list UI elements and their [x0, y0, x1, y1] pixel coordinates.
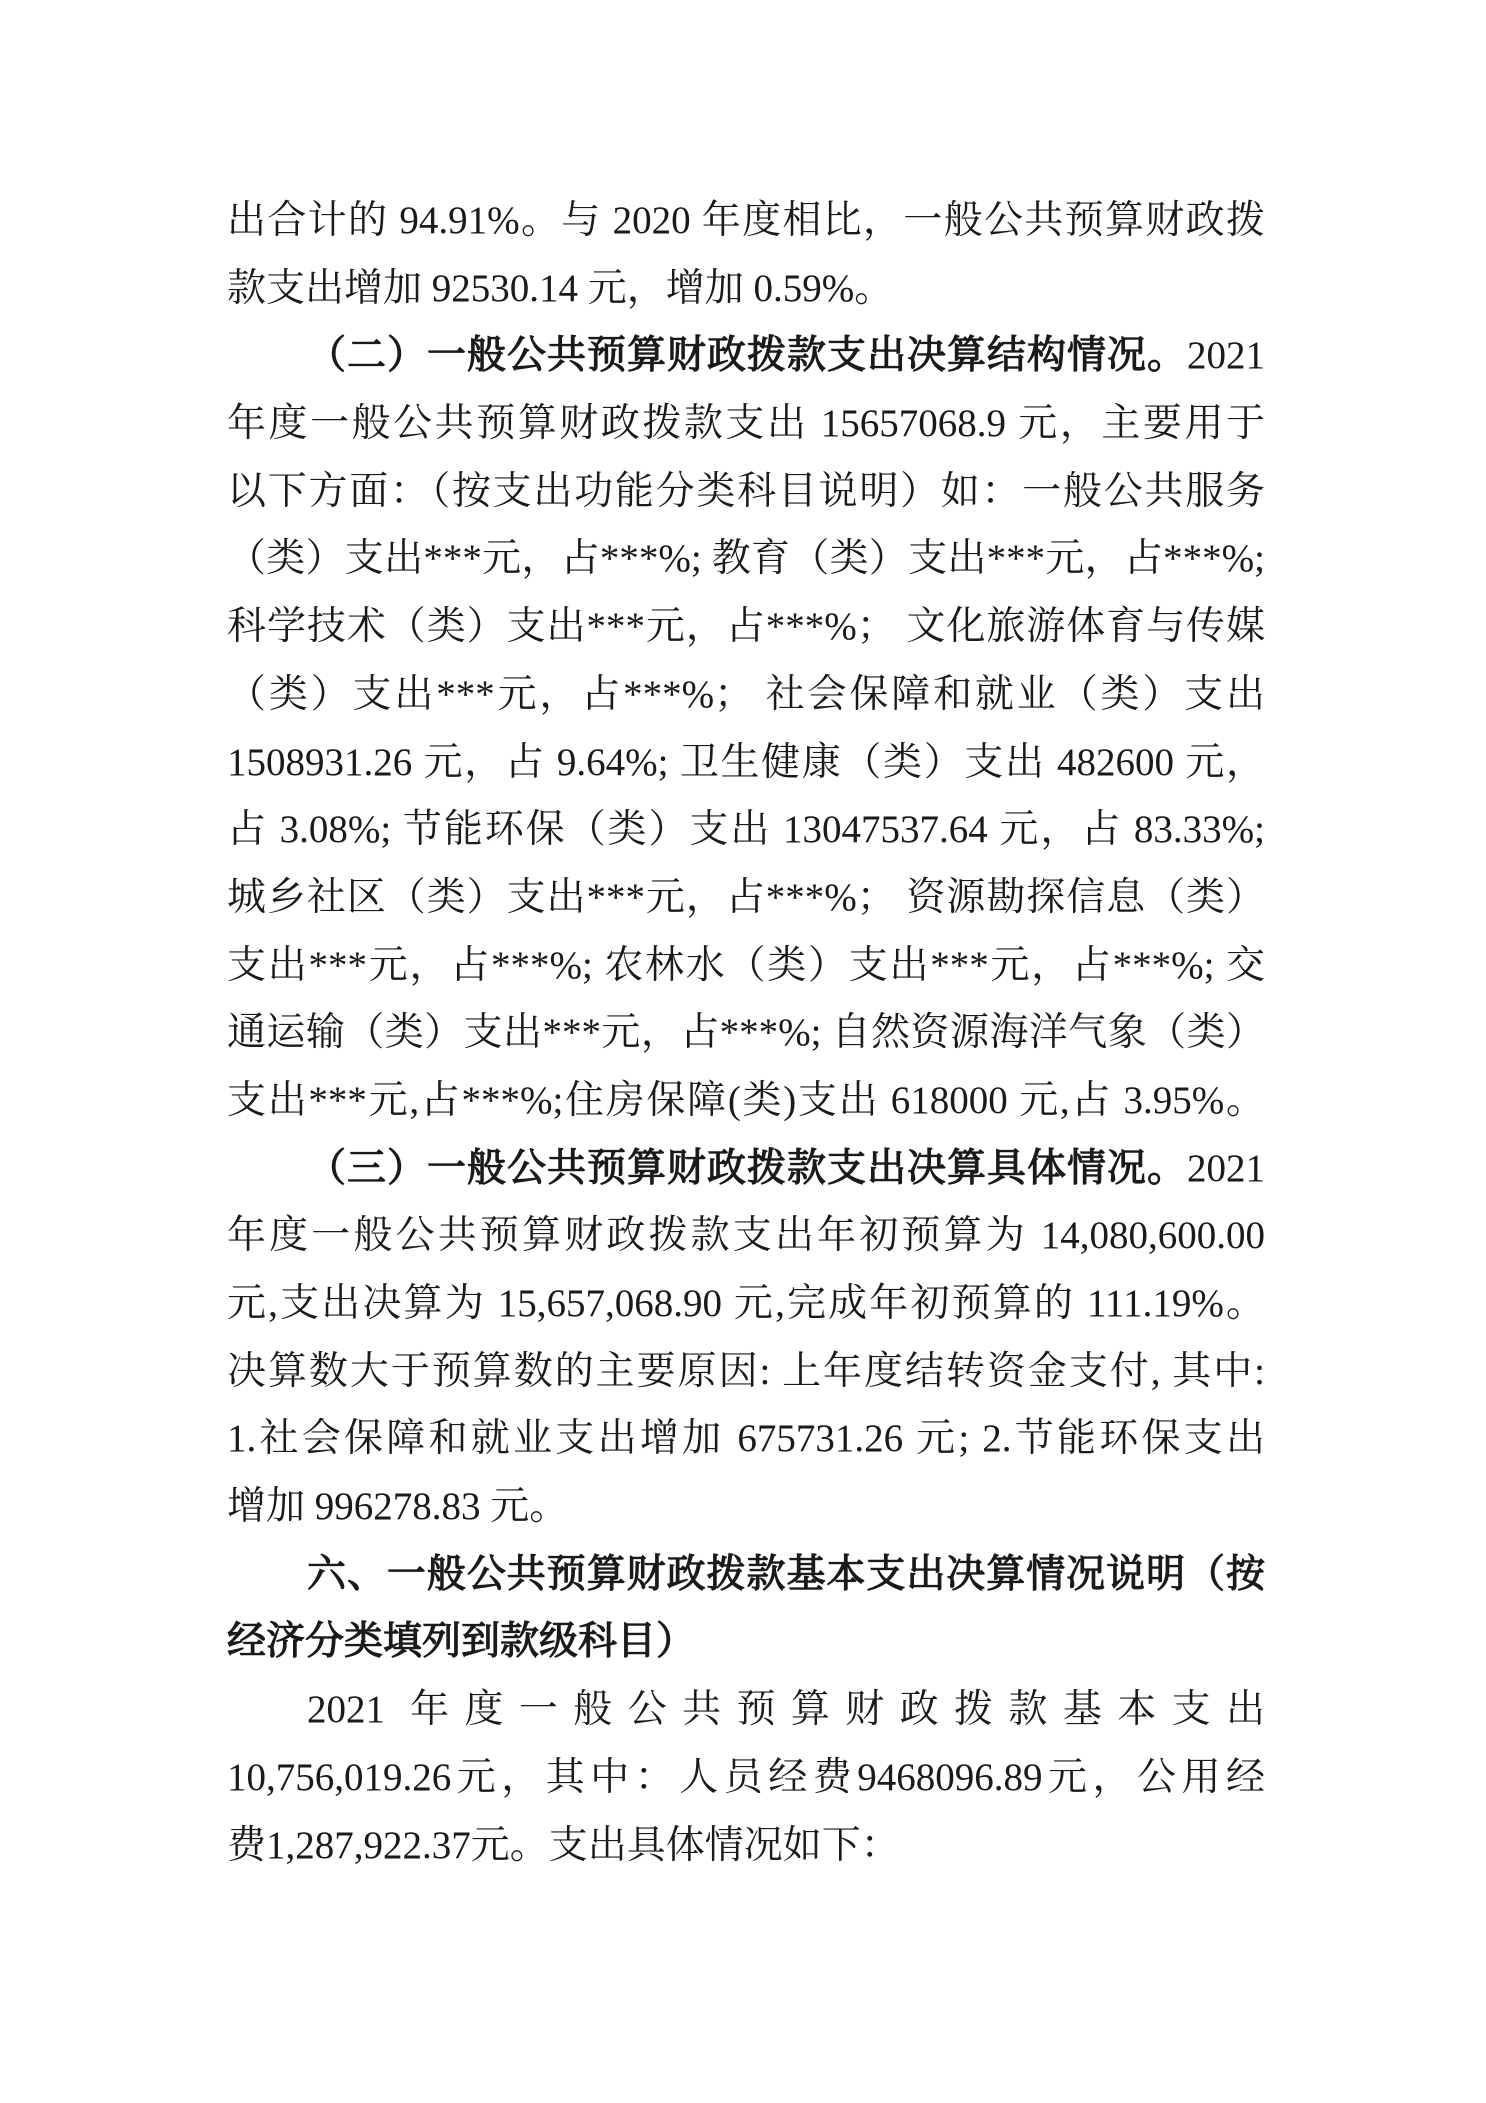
- text-line: 增加 996278.83 元。: [227, 1473, 1265, 1541]
- bold-text-segment: （二）一般公共预算财政拨款支出决算结构情况。: [307, 334, 1187, 377]
- text-segment: 款支出增加 92530.14 元，增加 0.59%。: [227, 267, 893, 310]
- text-line: 10,756,019.26元，其中：人员经费9468096.89元，公用经: [227, 1744, 1265, 1812]
- text-segment: 决算数大于预算数的主要原因: 上年度结转资金支付, 其中:: [227, 1350, 1265, 1393]
- text-segment: 10,756,019.26元，其中：人员经费9468096.89元，公用经: [227, 1756, 1265, 1799]
- text-line: 1508931.26 元，占 9.64%; 卫生健康（类）支出 482600 元…: [227, 729, 1265, 797]
- text-line: （类）支出***元，占***%; 教育（类）支出***元，占***%;: [227, 525, 1265, 593]
- text-line: 支出***元,占***%;住房保障(类)支出 618000 元,占 3.95%。: [227, 1067, 1265, 1135]
- text-line: 六、一般公共预算财政拨款基本支出决算情况说明（按: [227, 1541, 1265, 1609]
- text-segment: 元,支出决算为 15,657,068.90 元,完成年初预算的 111.19%。: [227, 1282, 1265, 1325]
- text-line: 费1,287,922.37元。支出具体情况如下：: [227, 1812, 1265, 1880]
- text-line: 年度一般公共预算财政拨款支出 15657068.9 元，主要用于: [227, 390, 1265, 458]
- text-segment: 科学技术（类）支出***元，占***%； 文化旅游体育与传媒: [227, 605, 1265, 648]
- text-line: （类）支出***元，占***%； 社会保障和就业（类）支出: [227, 661, 1265, 729]
- bold-text-segment: 经济分类填列到款级科目）: [227, 1620, 695, 1663]
- text-line: 款支出增加 92530.14 元，增加 0.59%。: [227, 255, 1265, 323]
- text-line: 决算数大于预算数的主要原因: 上年度结转资金支付, 其中:: [227, 1338, 1265, 1406]
- text-segment: 1508931.26 元，占 9.64%; 卫生健康（类）支出 482600 元…: [227, 741, 1265, 784]
- text-line: （三）一般公共预算财政拨款支出决算具体情况。2021: [227, 1135, 1265, 1203]
- text-line: （二）一般公共预算财政拨款支出决算结构情况。2021: [227, 322, 1265, 390]
- text-line: 以下方面：（按支出功能分类科目说明）如：一般公共服务: [227, 458, 1265, 526]
- text-line: 2021 年度一般公共预算财政拨款基本支出: [227, 1676, 1265, 1744]
- document-body: 出合计的 94.91%。与 2020 年度相比，一般公共预算财政拨款支出增加 9…: [227, 187, 1265, 1879]
- text-segment: 年度一般公共预算财政拨款支出年初预算为 14,080,600.00: [227, 1214, 1265, 1257]
- text-segment: （类）支出***元，占***%； 社会保障和就业（类）支出: [227, 673, 1265, 716]
- text-segment: 费1,287,922.37元。支出具体情况如下：: [227, 1824, 900, 1867]
- text-line: 元,支出决算为 15,657,068.90 元,完成年初预算的 111.19%。: [227, 1270, 1265, 1338]
- text-line: 通运输（类）支出***元，占***%; 自然资源海洋气象（类）: [227, 999, 1265, 1067]
- text-segment: 以下方面：（按支出功能分类科目说明）如：一般公共服务: [227, 470, 1265, 513]
- text-segment: 支出***元,占***%;住房保障(类)支出 618000 元,占 3.95%。: [227, 1079, 1265, 1122]
- text-segment: 出合计的 94.91%。与 2020 年度相比，一般公共预算财政拨: [227, 199, 1265, 242]
- text-line: 科学技术（类）支出***元，占***%； 文化旅游体育与传媒: [227, 593, 1265, 661]
- text-segment: 2021 年度一般公共预算财政拨款基本支出: [307, 1688, 1265, 1731]
- text-segment: 年度一般公共预算财政拨款支出 15657068.9 元，主要用于: [227, 402, 1265, 445]
- text-segment: 2021: [1187, 1147, 1265, 1190]
- text-line: 支出***元，占***%; 农林水（类）支出***元，占***%; 交: [227, 932, 1265, 1000]
- document-page: 出合计的 94.91%。与 2020 年度相比，一般公共预算财政拨款支出增加 9…: [0, 0, 1486, 2103]
- bold-text-segment: 六、一般公共预算财政拨款基本支出决算情况说明（按: [307, 1553, 1265, 1596]
- text-segment: 1.社会保障和就业支出增加 675731.26 元; 2.节能环保支出: [227, 1417, 1265, 1460]
- text-segment: 支出***元，占***%; 农林水（类）支出***元，占***%; 交: [227, 944, 1265, 987]
- text-line: 经济分类填列到款级科目）: [227, 1608, 1265, 1676]
- text-segment: 2021: [1187, 334, 1265, 377]
- text-line: 1.社会保障和就业支出增加 675731.26 元; 2.节能环保支出: [227, 1405, 1265, 1473]
- bold-text-segment: （三）一般公共预算财政拨款支出决算具体情况。: [307, 1147, 1187, 1190]
- text-line: 城乡社区（类）支出***元，占***%； 资源勘探信息（类）: [227, 864, 1265, 932]
- text-segment: 增加 996278.83 元。: [227, 1485, 568, 1528]
- text-segment: （类）支出***元，占***%; 教育（类）支出***元，占***%;: [227, 537, 1265, 580]
- text-line: 占 3.08%; 节能环保（类）支出 13047537.64 元，占 83.33…: [227, 796, 1265, 864]
- text-segment: 城乡社区（类）支出***元，占***%； 资源勘探信息（类）: [227, 876, 1265, 919]
- text-line: 出合计的 94.91%。与 2020 年度相比，一般公共预算财政拨: [227, 187, 1265, 255]
- text-segment: 通运输（类）支出***元，占***%; 自然资源海洋气象（类）: [227, 1011, 1265, 1054]
- text-segment: 占 3.08%; 节能环保（类）支出 13047537.64 元，占 83.33…: [227, 808, 1265, 851]
- text-line: 年度一般公共预算财政拨款支出年初预算为 14,080,600.00: [227, 1202, 1265, 1270]
